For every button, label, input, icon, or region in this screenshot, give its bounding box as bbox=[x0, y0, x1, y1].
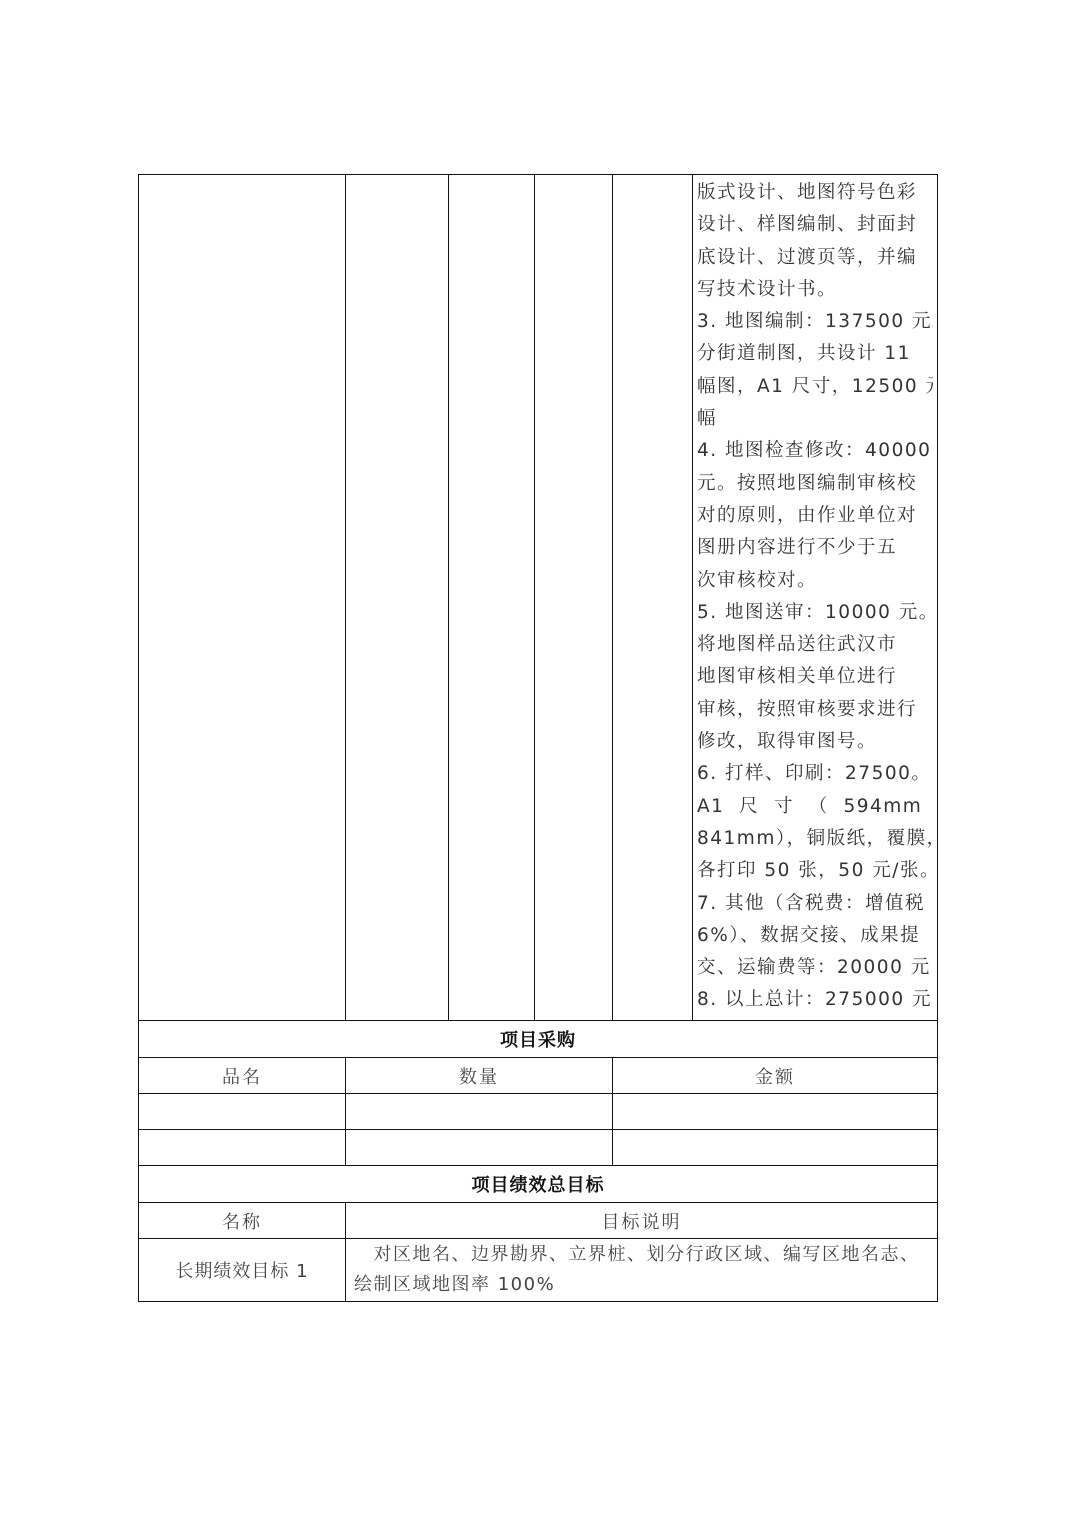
empty-cell bbox=[535, 175, 613, 1021]
desc-line: 7. 其他（含税费：增值税 bbox=[697, 888, 933, 920]
column-header-name: 名称 bbox=[139, 1203, 346, 1239]
budget-table: 版式设计、地图符号色彩 设计、样图编制、封面封 底设计、过渡页等，并编 写技术设… bbox=[138, 174, 938, 1302]
empty-cell bbox=[449, 175, 535, 1021]
desc-line: 版式设计、地图符号色彩 bbox=[697, 177, 933, 209]
column-header-amount: 金额 bbox=[613, 1058, 938, 1094]
desc-line: 各打印 50 张，50 元/张。 bbox=[697, 855, 933, 887]
procurement-header-row: 品名 数量 金额 bbox=[139, 1058, 938, 1094]
procurement-row bbox=[139, 1094, 938, 1130]
desc-line: 3. 地图编制：137500 元。 bbox=[697, 306, 933, 338]
performance-title-row: 项目绩效总目标 bbox=[139, 1166, 938, 1203]
desc-line: 8. 以上总计：275000 元 bbox=[697, 984, 933, 1016]
section-title: 项目采购 bbox=[139, 1021, 938, 1058]
budget-description: 版式设计、地图符号色彩 设计、样图编制、封面封 底设计、过渡页等，并编 写技术设… bbox=[693, 175, 938, 1021]
desc-line: 图册内容进行不少于五 bbox=[697, 532, 933, 564]
item-name-cell bbox=[139, 1130, 346, 1166]
quantity-cell bbox=[346, 1094, 613, 1130]
desc-line: 设计、样图编制、封面封 bbox=[697, 209, 933, 241]
desc-line: 交、运输费等：20000 元 bbox=[697, 952, 933, 984]
desc-line: 幅 bbox=[697, 403, 933, 435]
procurement-title-row: 项目采购 bbox=[139, 1021, 938, 1058]
desc-line: 幅图，A1 尺寸，12500 元/ bbox=[697, 371, 933, 403]
section-title: 项目绩效总目标 bbox=[139, 1166, 938, 1203]
empty-cell bbox=[139, 175, 346, 1021]
desc-line: 对的原则，由作业单位对 bbox=[697, 500, 933, 532]
amount-cell bbox=[613, 1130, 938, 1166]
desc-line: 底设计、过渡页等，并编 bbox=[697, 242, 933, 274]
empty-cell bbox=[346, 175, 449, 1021]
performance-header-row: 名称 目标说明 bbox=[139, 1203, 938, 1239]
goal-name-cell: 长期绩效目标 1 bbox=[139, 1239, 346, 1302]
desc-line: 元。按照地图编制审核校 bbox=[697, 468, 933, 500]
goal-description-cell: 对区地名、边界勘界、立界桩、划分行政区域、编写区地名志、绘制区域地图率 100% bbox=[346, 1239, 938, 1302]
item-name-cell bbox=[139, 1094, 346, 1130]
performance-row: 长期绩效目标 1 对区地名、边界勘界、立界桩、划分行政区域、编写区地名志、绘制区… bbox=[139, 1239, 938, 1302]
desc-line: A1 尺 寸 （ 594mm × bbox=[697, 791, 933, 823]
detail-row: 版式设计、地图符号色彩 设计、样图编制、封面封 底设计、过渡页等，并编 写技术设… bbox=[139, 175, 938, 1021]
procurement-row bbox=[139, 1130, 938, 1166]
column-header-item-name: 品名 bbox=[139, 1058, 346, 1094]
empty-cell bbox=[613, 175, 693, 1021]
desc-line: 写技术设计书。 bbox=[697, 274, 933, 306]
desc-line: 次审核校对。 bbox=[697, 565, 933, 597]
column-header-quantity: 数量 bbox=[346, 1058, 613, 1094]
desc-line: 修改，取得审图号。 bbox=[697, 726, 933, 758]
column-header-goal-description: 目标说明 bbox=[346, 1203, 938, 1239]
desc-line: 841mm），铜版纸，覆膜， bbox=[697, 823, 933, 855]
desc-line: 分街道制图，共设计 11 bbox=[697, 338, 933, 370]
quantity-cell bbox=[346, 1130, 613, 1166]
desc-line: 地图审核相关单位进行 bbox=[697, 661, 933, 693]
desc-line: 将地图样品送往武汉市 bbox=[697, 629, 933, 661]
desc-line: 5. 地图送审：10000 元。 bbox=[697, 597, 933, 629]
amount-cell bbox=[613, 1094, 938, 1130]
desc-line: 6%）、数据交接、成果提 bbox=[697, 920, 933, 952]
desc-line: 6. 打样、印刷：27500。 bbox=[697, 758, 933, 790]
desc-line: 审核，按照审核要求进行 bbox=[697, 694, 933, 726]
desc-line: 4. 地图检查修改：40000 bbox=[697, 435, 933, 467]
